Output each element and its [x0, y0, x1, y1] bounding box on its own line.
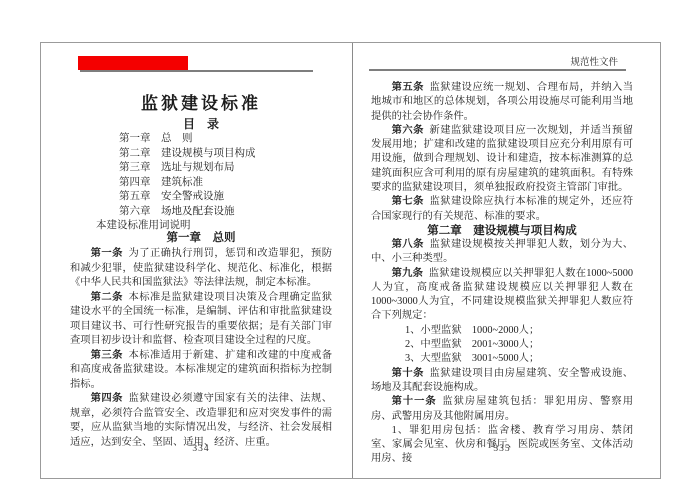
screenshot-root: { "document": { "left_page": { "title": …	[0, 0, 700, 495]
red-accent-bar	[78, 56, 188, 70]
list-item: 1、小型监狱 1000~2000人；	[371, 324, 633, 338]
clause: 第五条监狱建设应统一规划、合理布局，并纳入当地城市和地区的总体规划，各项公用设施…	[371, 81, 633, 124]
clause-label: 第八条	[392, 239, 424, 250]
toc-item: 第二章 建设规模与项目构成	[119, 147, 339, 162]
clause-label: 第一条	[91, 248, 123, 259]
toc-item: 第三章 选址与规划布局	[119, 161, 339, 176]
toc-item: 第一章 总 则	[119, 132, 339, 147]
toc-item: 第四章 建筑标准	[119, 176, 339, 191]
clause: 第十一条监狱房屋建筑包括：罪犯用房、警察用房、武警用房及其他附属用房。	[371, 395, 633, 424]
chapter-heading: 第一章 总则	[70, 229, 332, 245]
prison-scale-list: 1、小型监狱 1000~2000人； 2、中型监狱 2001~3000人； 3、…	[371, 324, 633, 367]
clause-label: 第六条	[392, 125, 424, 136]
toc-heading: 目 录	[70, 115, 332, 132]
clause-label: 第二条	[91, 292, 123, 303]
clause-label: 第十条	[392, 368, 424, 379]
clause-label: 第三条	[91, 350, 123, 361]
document-title: 监狱建设标准	[70, 89, 332, 114]
chapter-heading: 第二章 建设规模与项目构成	[371, 224, 633, 238]
clause-label: 第五条	[392, 82, 424, 93]
right-page-body: 第五条监狱建设应统一规划、合理布局，并纳入当地城市和地区的总体规划，各项公用设施…	[371, 81, 633, 467]
clause: 第一条为了正确执行刑罚，惩罚和改造罪犯，预防和减少犯罪，使监狱建设科学化、规范化…	[70, 247, 332, 291]
toc-item: 第五章 安全警戒设施	[119, 190, 339, 205]
page-number-left: 334	[70, 444, 332, 454]
clause: 第三条本标准适用于新建、扩建和改建的中度戒备和高度戒备监狱建设。本标准规定的建筑…	[70, 349, 332, 393]
page-number-right: 335	[371, 444, 633, 454]
toc-item: 第六章 场地及配套设施	[119, 205, 339, 220]
clause: 第七条监狱建设除应执行本标准的规定外，还应符合国家现行的有关规范、标准的要求。	[371, 195, 633, 224]
clause-label: 第四条	[91, 393, 123, 404]
right-header-rule	[369, 69, 626, 71]
clause: 第九条监狱建设规模应以关押罪犯人数在1000~5000人为宜，高度戒备监狱建设规…	[371, 267, 633, 324]
clause-label: 第九条	[392, 268, 424, 279]
list-item: 3、大型监狱 3001~5000人；	[371, 352, 633, 366]
running-header: 规范性文件	[369, 54, 618, 68]
book-spread: 监狱建设标准 目 录 第一章 总 则 第二章 建设规模与项目构成 第三章 选址与…	[40, 42, 661, 479]
clause: 第八条监狱建设规模按关押罪犯人数，划分为大、中、小三种类型。	[371, 238, 633, 267]
clause: 第四条监狱建设必须遵守国家有关的法律、法规、规章，必须符合监管安全、改造罪犯和应…	[70, 392, 332, 450]
page-divider	[352, 43, 353, 478]
clause-label: 第七条	[392, 196, 424, 207]
left-page-body: 第一条为了正确执行刑罚，惩罚和改造罪犯，预防和减少犯罪，使监狱建设科学化、规范化…	[70, 247, 332, 450]
left-header-rule	[80, 70, 313, 72]
clause-label: 第十一条	[392, 396, 437, 407]
clause: 第二条本标准是监狱建设项目决策及合理确定监狱建设水平的全国统一标准，是编制、评估…	[70, 291, 332, 349]
clause: 第十条监狱建设项目由房屋建筑、安全警戒设施、场地及其配套设施构成。	[371, 367, 633, 396]
clause: 第六条新建监狱建设项目应一次规划，并适当预留发展用地；扩建和改建的监狱建设项目应…	[371, 124, 633, 195]
list-item: 2、中型监狱 2001~3000人；	[371, 338, 633, 352]
toc-list: 第一章 总 则 第二章 建设规模与项目构成 第三章 选址与规划布局 第四章 建筑…	[119, 132, 339, 234]
